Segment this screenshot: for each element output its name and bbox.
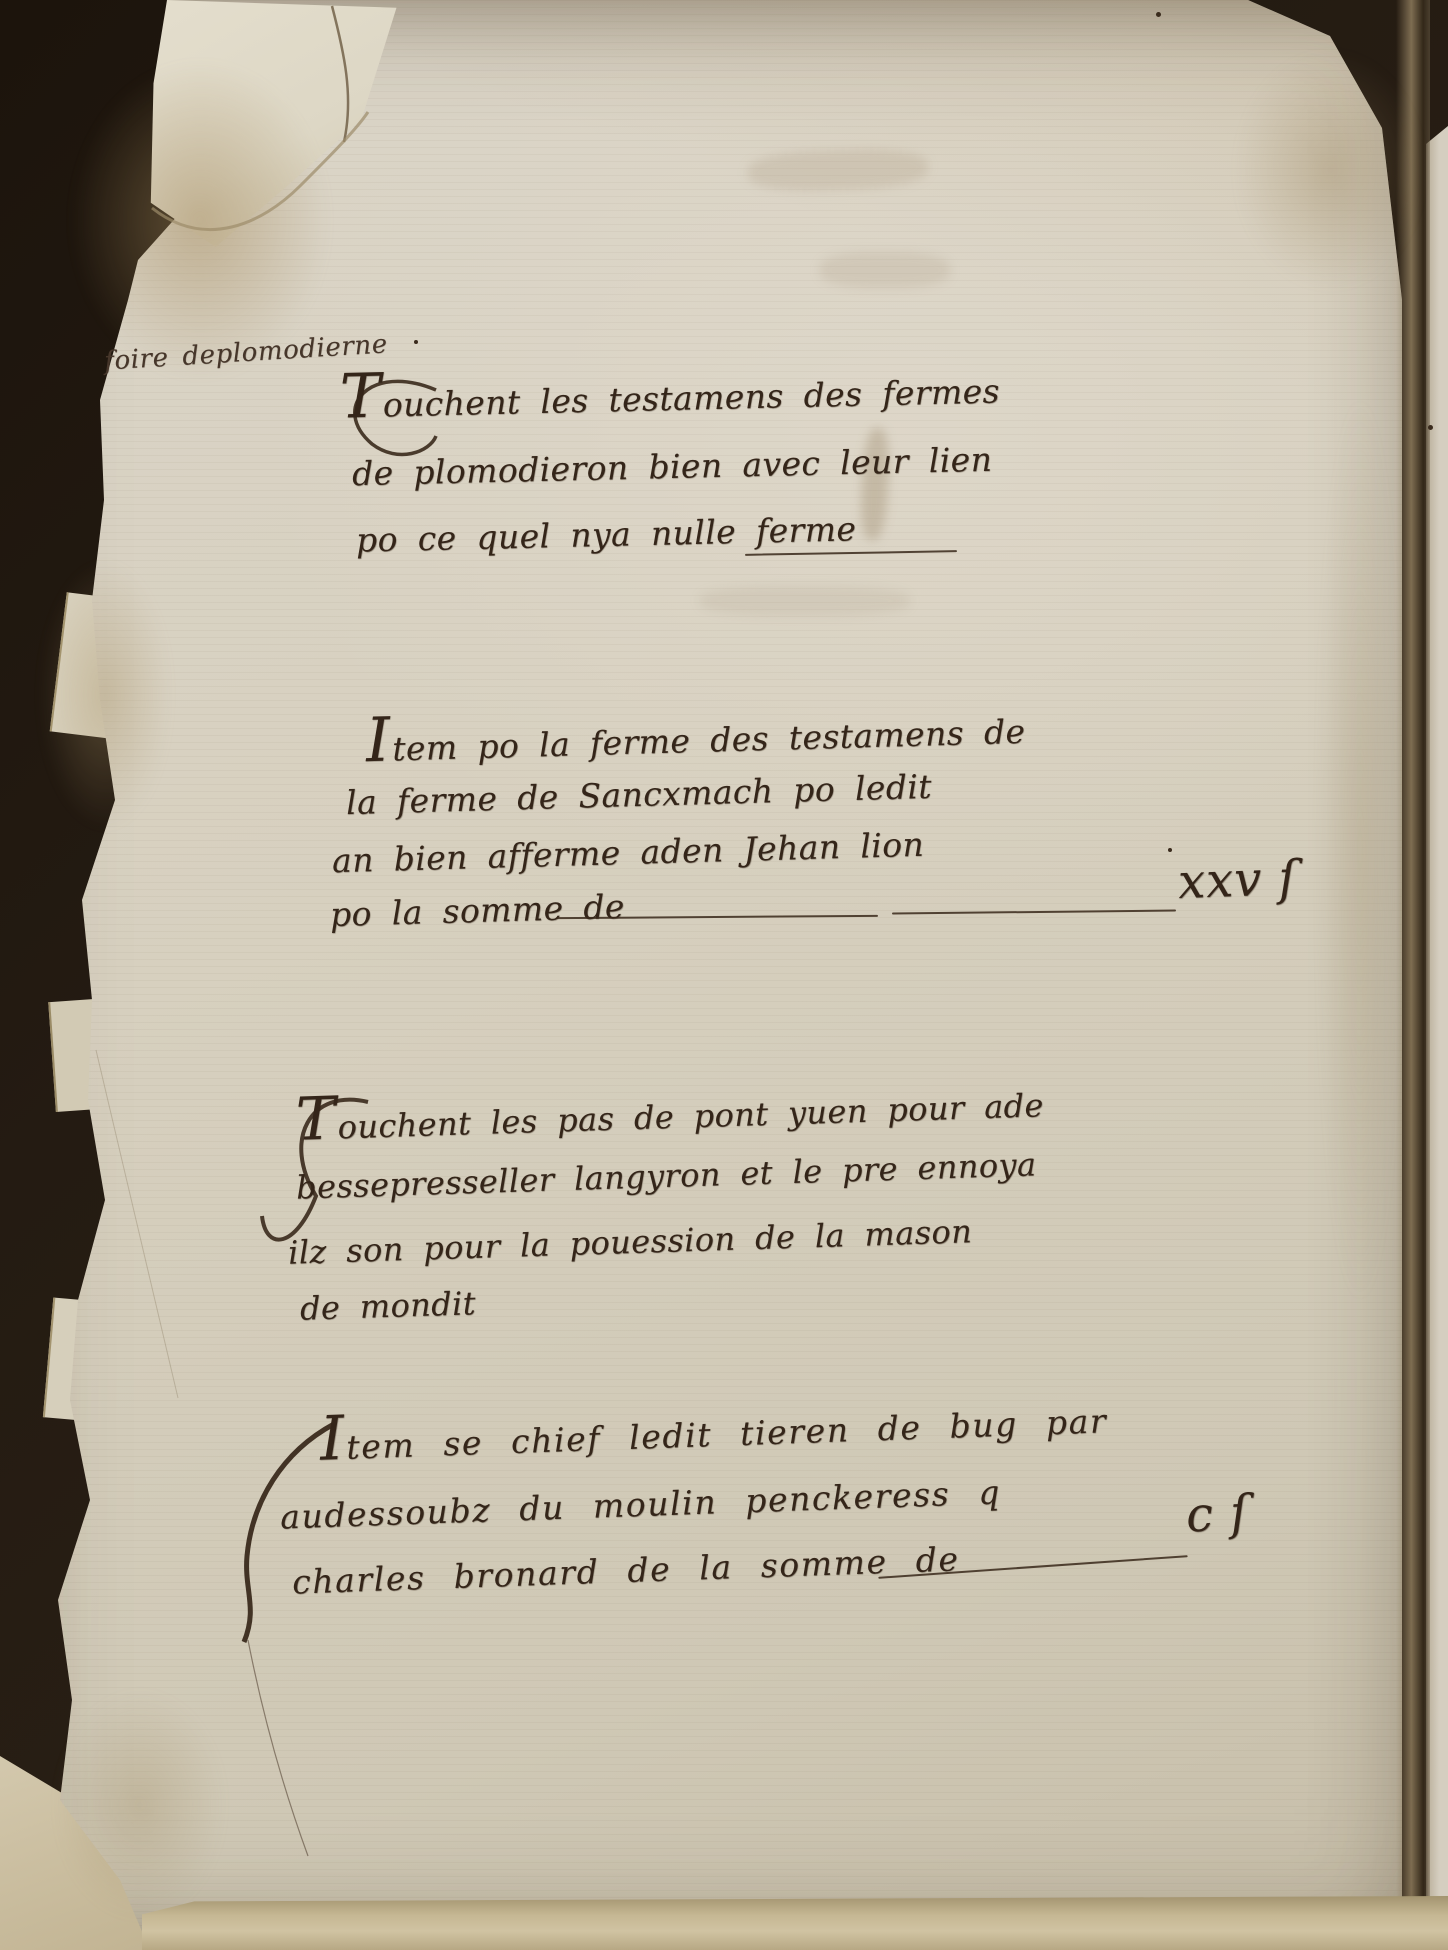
entry-4-amount: c ſ (1185, 1484, 1251, 1543)
bottom-leaf-edges (142, 1896, 1448, 1950)
entry-2-line-4: po la somme de (330, 890, 626, 933)
ink-speck (1168, 848, 1172, 852)
entry-2-amount: xxv ſ (1177, 850, 1298, 910)
right-page-groove (1396, 0, 1430, 1950)
stain (1320, 400, 1400, 1300)
show-through-mark (820, 252, 950, 288)
stain (1235, 50, 1425, 290)
entry-3-line-4: de mondit (300, 1287, 477, 1326)
stain (40, 560, 170, 830)
stain (55, 1690, 225, 1920)
stain (70, 60, 330, 380)
ink-speck (414, 340, 418, 344)
ink-speck (1428, 425, 1433, 430)
ink-speck (1156, 12, 1161, 17)
show-through-mark (700, 586, 910, 616)
